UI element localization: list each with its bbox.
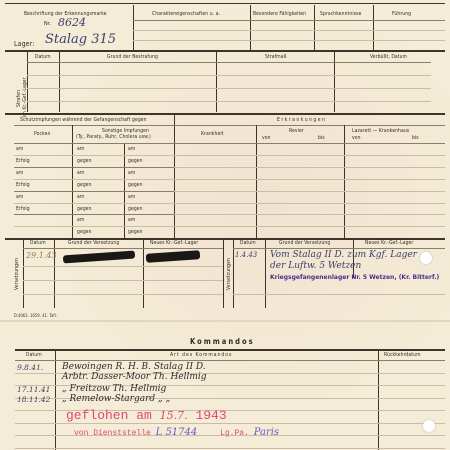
kommando-entry: Bewoingen R. H. B. Stalag II D. — [62, 362, 206, 372]
pow-record-card: Beschriftung der Erkennungsmarke Nr. 862… — [0, 0, 450, 450]
punch-hole — [423, 420, 435, 432]
vaccination-other-cell: am — [77, 194, 84, 200]
punch-hole — [420, 252, 432, 264]
vaccination-other-cell: gegen — [128, 182, 143, 188]
transfer-date-left: 29.1.43 — [26, 251, 57, 260]
col-served: Verbüßt, Datum — [370, 54, 407, 60]
vaccination-other-cell: gegen — [77, 182, 92, 188]
vaccination-pocken-cell: am — [16, 146, 23, 152]
col-languages: Sprachkenntnisse — [320, 11, 361, 17]
transfers-side-label-left: Versetzungen — [14, 290, 46, 296]
vaccination-other-cell: am — [128, 146, 135, 152]
office-stamp: von Dienststelle L 51744 Lg.Pa. Paris — [74, 427, 279, 438]
col-date: Datum — [35, 54, 51, 60]
kommando-entry: „ Remelow-Stargard „ „ — [62, 394, 170, 404]
vaccination-other-cell: gegen — [128, 229, 143, 235]
nr-label: Nr. — [44, 21, 51, 27]
vaccination-other-cell: gegen — [77, 158, 92, 164]
transfer-reason-1: Vom Stalag II D. zum Kgf. Lager — [270, 250, 417, 260]
vaccinations-title: Schutzimpfungen während der Gefangenscha… — [20, 117, 147, 123]
col-character: Charaktereigenschaften u. a. — [152, 11, 220, 17]
divider — [250, 5, 251, 50]
vaccination-other-cell: am — [77, 217, 84, 223]
redacted-reason — [63, 250, 135, 263]
vaccination-other-cell: am — [128, 170, 135, 176]
divider — [373, 5, 374, 50]
kommando-date: 17.11.41 — [17, 385, 50, 394]
illnesses-title: Erkrankungen — [277, 117, 326, 123]
col-kommando-date: Datum — [26, 352, 42, 358]
col-sentence: Strafmaß — [265, 54, 287, 60]
col-illness: Krankheit — [201, 131, 224, 137]
col-pocken: Pocken — [34, 131, 50, 137]
fled-stamp: geflohen am 15.7. 1943 — [66, 408, 227, 423]
top-border — [5, 3, 445, 4]
col-abilities: Besondere Fähigkeiten — [253, 11, 306, 17]
vaccination-other-cell: gegen — [77, 206, 92, 212]
nr-value: 8624 — [58, 16, 86, 29]
kommandos-title: Kommandos — [190, 337, 255, 346]
redacted-camp — [146, 250, 200, 263]
vaccination-other-cell: am — [77, 146, 84, 152]
vaccination-other-cell: am — [128, 217, 135, 223]
kommando-entry: Arbtr. Dasser-Moor Th. Hellmig — [62, 372, 207, 382]
vaccination-pocken-cell: Erfolg — [16, 182, 30, 188]
transfers-side-label-right: Versetzungen — [226, 290, 258, 296]
vaccination-other-cell: gegen — [128, 158, 143, 164]
col-kommando-type: Art des Kommandos — [170, 352, 232, 358]
col-revier: Revier — [289, 128, 304, 134]
kommando-entry: „ Freitzow Th. Hellmig — [62, 384, 166, 394]
camp-stamp: Kriegsgefangenenlager Nr. 5 Wetzen, (Kr.… — [270, 274, 439, 281]
vaccination-other-cell: am — [128, 194, 135, 200]
lager-label: Lager: — [14, 40, 34, 48]
transfer-reason-2: der Luftw. 5 Wetzen — [270, 261, 361, 271]
col-conduct: Führung — [392, 11, 411, 17]
col-reason: Grund der Bestrafung — [107, 54, 158, 60]
transfer-date-right: 1.4.43 — [235, 251, 257, 259]
divider — [314, 5, 315, 50]
print-code: D.4063. 1659. 41. Tafl. — [14, 313, 57, 318]
col-other-sub: (Ty., Paraty., Ruhr, Cholera usw.) — [76, 134, 151, 140]
vaccination-pocken-cell: Erfolg — [16, 158, 30, 164]
lager-value: Stalag 315 — [45, 32, 116, 47]
vaccination-pocken-cell: am — [16, 194, 23, 200]
vaccination-pocken-cell: am — [16, 170, 23, 176]
vaccination-pocken-cell: Erfolg — [16, 206, 30, 212]
kommando-date: 9.8.41. — [17, 363, 43, 372]
vaccination-other-cell: am — [77, 170, 84, 176]
vaccination-other-cell: gegen — [128, 206, 143, 212]
kommando-date: 18.11.42 — [17, 395, 50, 404]
col-lazarett: Lazarett — Krankenhaus — [352, 128, 409, 134]
vaccination-other-cell: gegen — [77, 229, 92, 235]
divider — [133, 5, 134, 50]
col-return-date: Rückkehrdatum — [384, 352, 421, 358]
